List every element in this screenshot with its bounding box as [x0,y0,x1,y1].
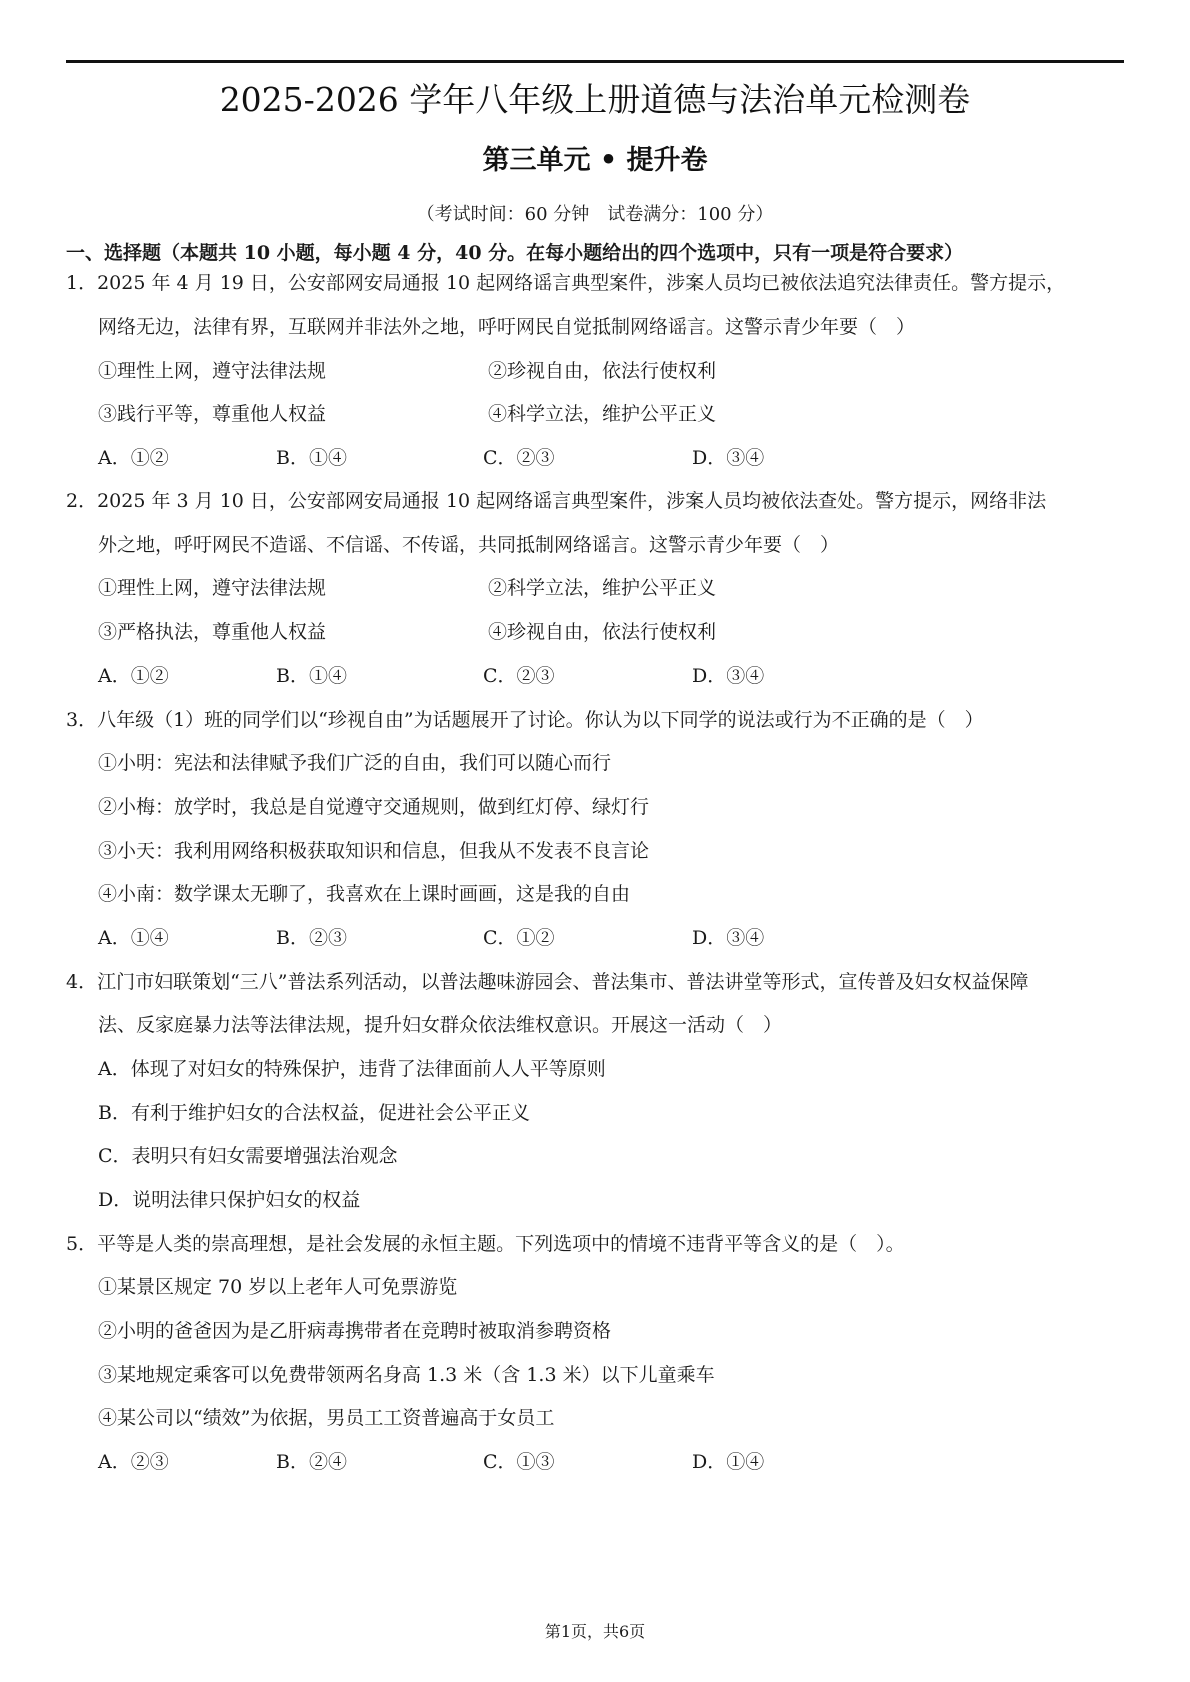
statement: ②科学立法，维护公平正义 [488,573,716,603]
statement: ④珍视自由，依法行使权利 [488,617,716,647]
question-stem: 3．八年级（1）班的同学们以“珍视自由”为话题展开了讨论。你认为以下同学的说法或… [66,705,984,735]
option-c: C．①③ [483,1447,555,1477]
option-c: C．②③ [483,443,555,473]
question-number: 1． [66,268,97,298]
option-a: A．①② [98,443,169,473]
option-c: C．表明只有妇女需要增强法治观念 [98,1141,398,1171]
question-number: 3． [66,705,97,735]
question-number: 2． [66,486,97,516]
statement: ③践行平等，尊重他人权益 [98,399,326,429]
statement: ④科学立法，维护公平正义 [488,399,716,429]
statement: ④小南：数学课太无聊了，我喜欢在上课时画画，这是我的自由 [98,879,630,909]
option-d: D．①④ [692,1447,764,1477]
question-stem: 4．江门市妇联策划“三八”普法系列活动，以普法趣味游园会、普法集市、普法讲堂等形… [66,967,1029,997]
exam-info: （考试时间：60 分钟 试卷满分：100 分） [0,200,1190,230]
statement: ②小明的爸爸因为是乙肝病毒携带者在竞聘时被取消参聘资格 [98,1316,611,1346]
option-b: B．②④ [276,1447,347,1477]
option-c: C．②③ [483,661,555,691]
option-b: B．②③ [276,923,347,953]
option-a: A．①② [98,661,169,691]
option-d: D．说明法律只保护妇女的权益 [98,1185,360,1215]
question-stem-continued: 外之地，呼吁网民不造谣、不信谣、不传谣，共同抵制网络谣言。这警示青少年要（ ） [98,530,839,560]
option-a: A．体现了对妇女的特殊保护，违背了法律面前人人平等原则 [98,1054,606,1084]
option-b: B．有利于维护妇女的合法权益，促进社会公平正义 [98,1098,530,1128]
statement: ①理性上网，遵守法律法规 [98,573,326,603]
question-stem: 5．平等是人类的崇高理想，是社会发展的永恒主题。下列选项中的情境不违背平等含义的… [66,1229,905,1259]
question-stem: 2．2025 年 3 月 10 日，公安部网安局通报 10 起网络谣言典型案件，… [66,486,1046,516]
statement: ①小明：宪法和法律赋予我们广泛的自由，我们可以随心而行 [98,748,611,778]
option-b: B．①④ [276,443,347,473]
option-a: A．①④ [98,923,169,953]
option-d: D．③④ [692,923,764,953]
statement: ③某地规定乘客可以免费带领两名身高 1.3 米（含 1.3 米）以下儿童乘车 [98,1360,715,1390]
statement: ②小梅：放学时，我总是自觉遵守交通规则，做到红灯停、绿灯行 [98,792,649,822]
statement: ③严格执法，尊重他人权益 [98,617,326,647]
option-b: B．①④ [276,661,347,691]
option-c: C．①② [483,923,555,953]
question-number: 4． [66,967,97,997]
page-title: 2025-2026 学年八年级上册道德与法治单元检测卷 [0,75,1190,125]
section-heading: 一、选择题（本题共 10 小题，每小题 4 分，40 分。在每小题给出的四个选项… [66,237,963,269]
statement: ①某景区规定 70 岁以上老年人可免票游览 [98,1272,457,1302]
option-d: D．③④ [692,443,764,473]
question-stem-continued: 法、反家庭暴力法等法律法规，提升妇女群众依法维权意识。开展这一活动（ ） [98,1010,782,1040]
statement: ①理性上网，遵守法律法规 [98,356,326,386]
option-a: A．②③ [98,1447,169,1477]
statement: ④某公司以“绩效”为依据，男员工工资普遍高于女员工 [98,1403,554,1433]
page-subtitle: 第三单元 • 提升卷 [0,138,1190,184]
page-indicator: 第1页，共6页 [0,1620,1190,1644]
statement: ②珍视自由，依法行使权利 [488,356,716,386]
option-d: D．③④ [692,661,764,691]
statement: ③小天：我利用网络积极获取知识和信息，但我从不发表不良言论 [98,836,649,866]
question-stem: 1．2025 年 4 月 19 日，公安部网安局通报 10 起网络谣言典型案件，… [66,268,1065,298]
question-stem-continued: 网络无边，法律有界，互联网并非法外之地，呼吁网民自觉抵制网络谣言。这警示青少年要… [98,312,915,342]
header-rule [66,60,1124,63]
question-number: 5． [66,1229,97,1259]
